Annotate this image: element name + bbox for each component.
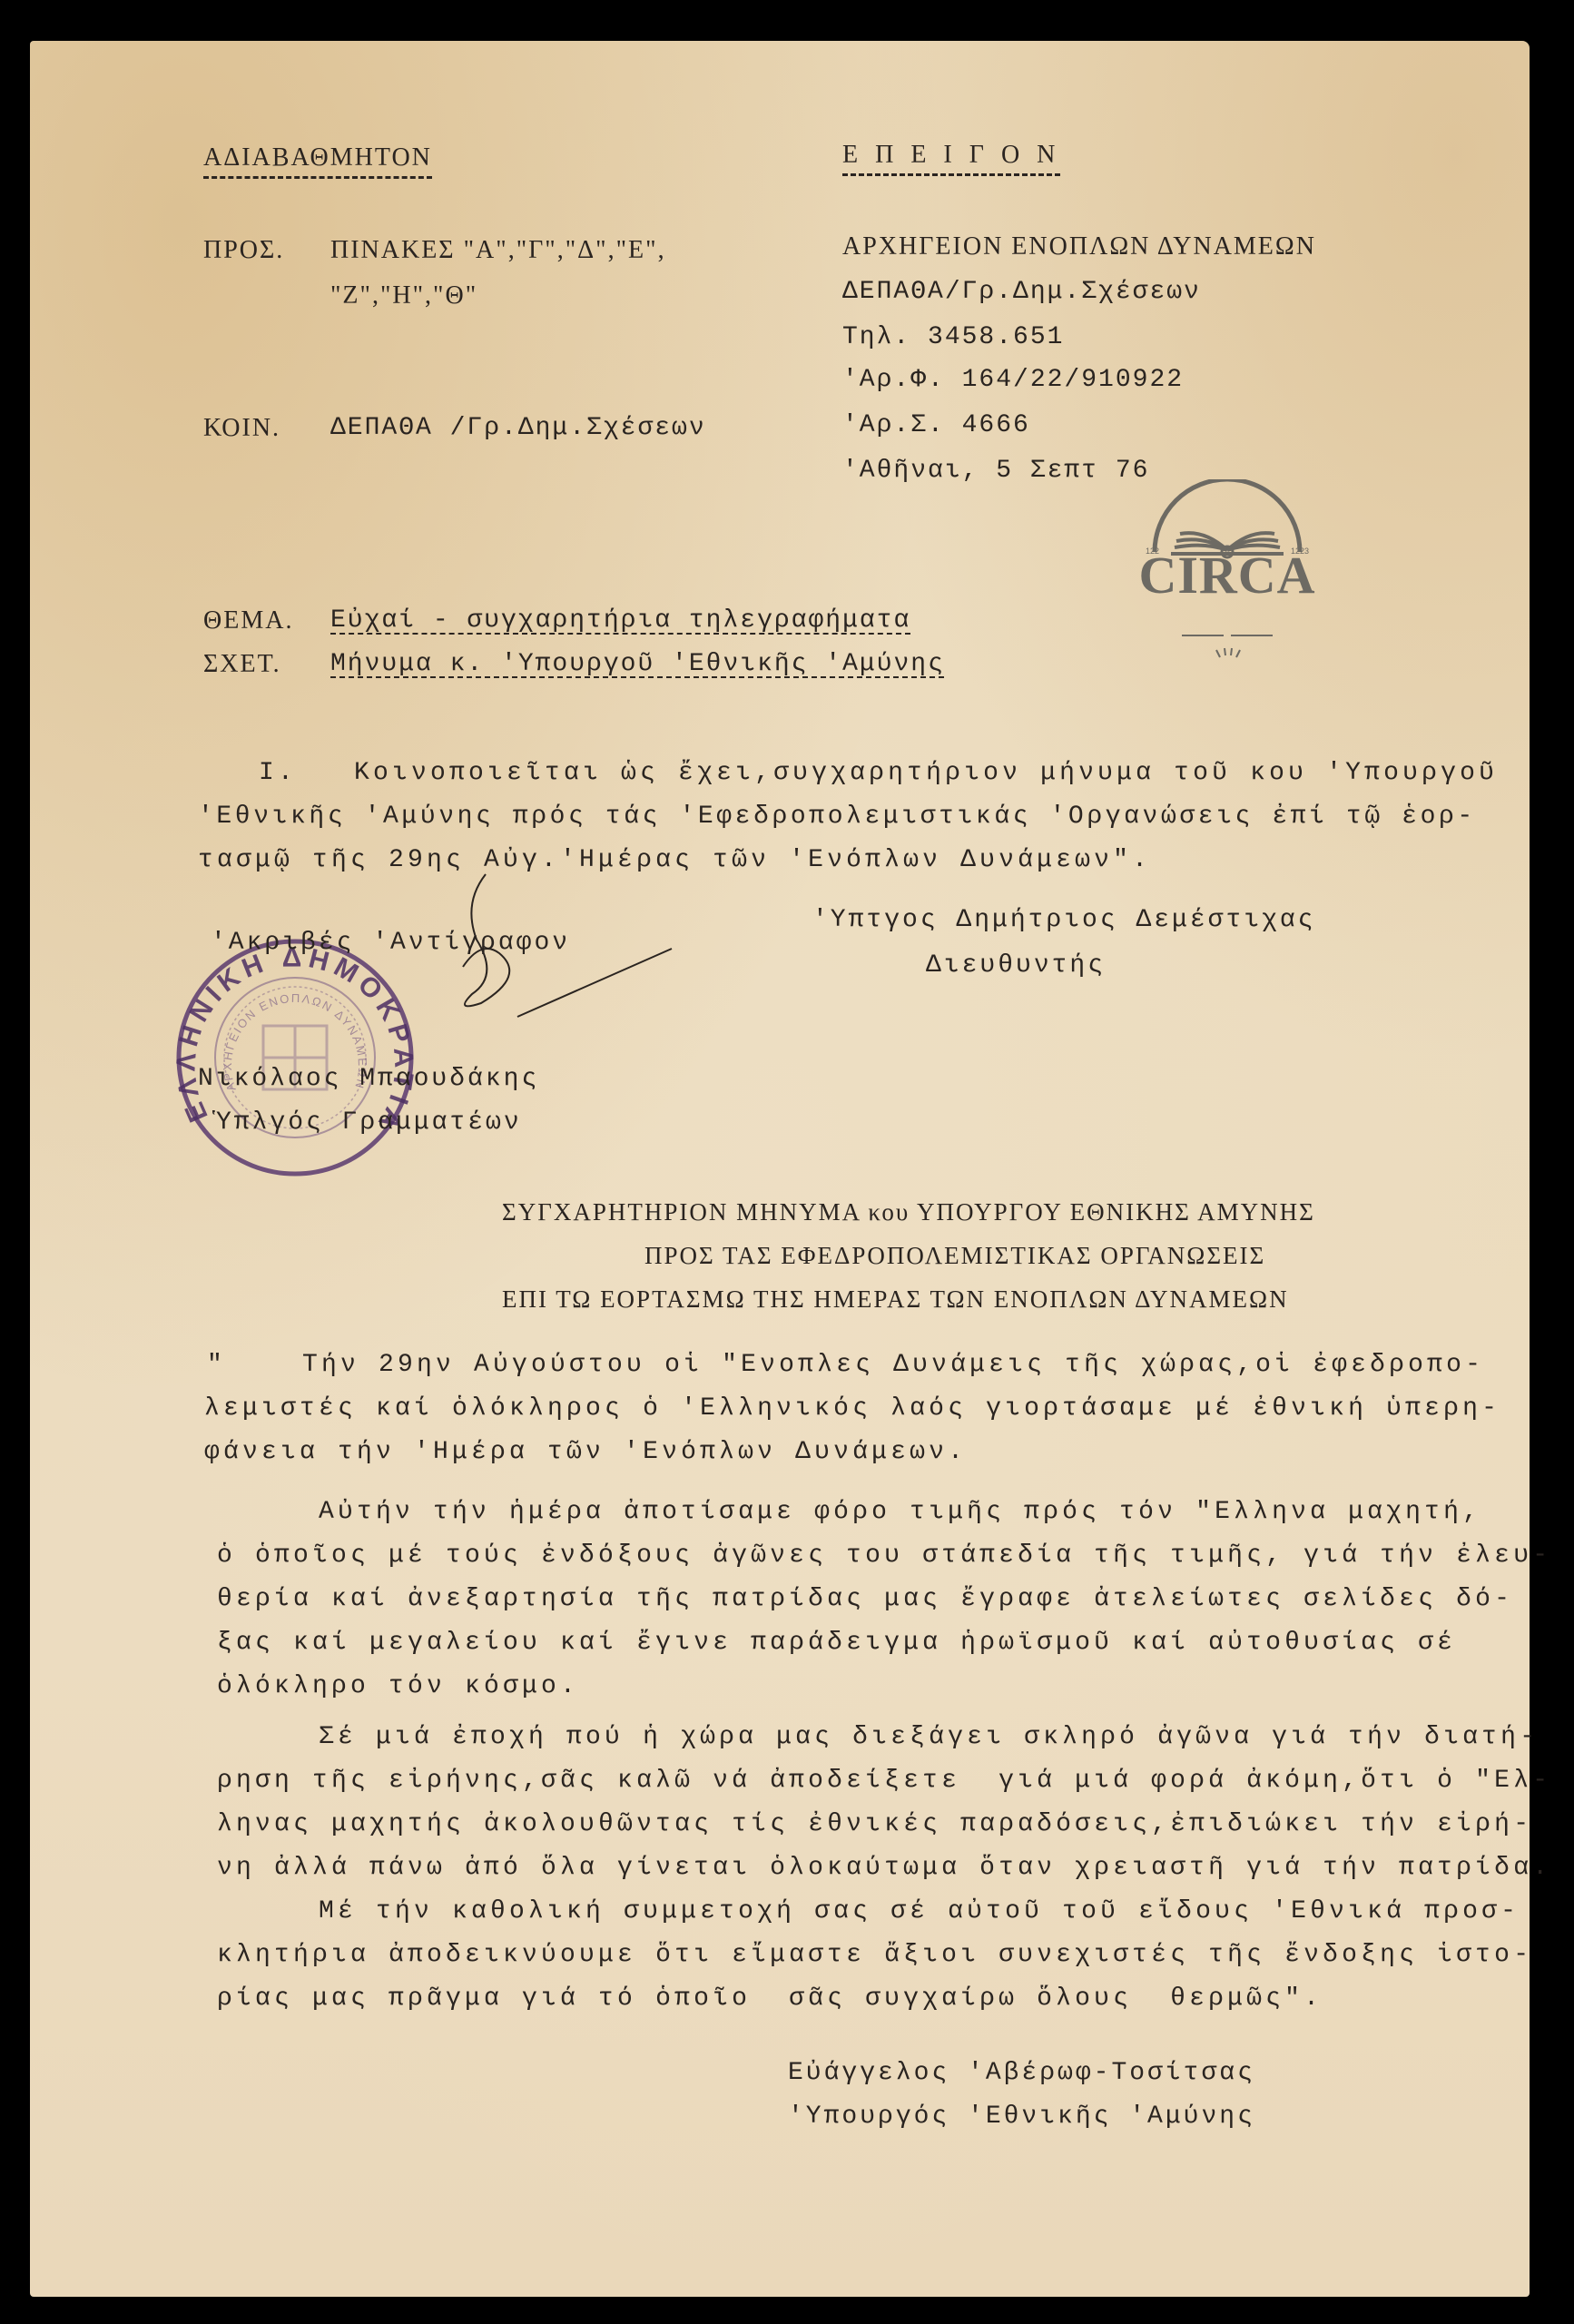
copy-signer-title: Ὑπλγός Γραμματέων	[216, 1110, 522, 1136]
message-line: ὁ ὁποῖος μέ τούς ἐνδόξους ἀγῶνες του στά…	[198, 1543, 1551, 1569]
message-title-line: ΕΠΙ ΤΩ ΕΟΡΤΑΣΜΩ ΤΗΣ ΗΜΕΡΑΣ ΤΩΝ ΕΝΟΠΛΩΝ Δ…	[502, 1287, 1289, 1312]
circa-watermark-logo: 122 1223 CIRCA	[1118, 479, 1336, 661]
subject-value: Εὐχαί - συγχαρητήρια τηλεγραφήματα	[330, 608, 910, 634]
message-line: ξας καί μεγαλείου καί ἔγινε παράδειγμα ἡ…	[198, 1630, 1456, 1656]
message-line: κλητήρια ἀποδεικνύουμε ὅτι εἴμαστε ἄξιοι…	[198, 1943, 1532, 1968]
reference-value: Μήνυμα κ. 'Υπουργοῦ 'Εθνικῆς 'Αμύνης	[330, 652, 945, 677]
message-line: ρίας μας πρᾶγμα γιά τό ὁποῖο σᾶς συγχαίρ…	[198, 1986, 1323, 2012]
minister-name: Εὐάγγελος 'Αβέρωφ-Τοσίτσας	[788, 2061, 1255, 2086]
copy-certification-label: 'Ακριβές 'Αντίγραφον	[211, 931, 570, 956]
classification-label: ΑΔΙΑΒΑΘΜΗΤΟΝ	[203, 145, 432, 179]
sender-file-number: 'Αρ.Φ. 164/22/910922	[842, 368, 1184, 393]
message-title-line: ΣΥΓΧΑΡΗΤΗΡΙΟΝ ΜΗΝΥΜΑ κου ΥΠΟΥΡΓΟΥ ΕΘΝΙΚΗ…	[502, 1200, 1315, 1225]
message-line: Σέ μιά ἐποχή πού ἡ χώρα μας διεξάγει σκλ…	[204, 1725, 1539, 1750]
subject-label: ΘΕΜΑ.	[203, 608, 293, 634]
minister-title: 'Υπουργός 'Εθνικῆς 'Αμύνης	[788, 2104, 1255, 2130]
cc-value: ΔΕΠΑΘΑ /Γρ.Δημ.Σχέσεων	[330, 416, 706, 441]
message-line: ρηση τῆς εἰρήνης,σᾶς καλῶ νά ἀποδείξετε …	[198, 1768, 1551, 1794]
cc-label: ΚΟΙΝ.	[203, 416, 280, 441]
paragraph1-line: 'Εθνικῆς 'Αμύνης πρός τάς 'Εφεδροπολεμισ…	[198, 804, 1476, 830]
message-line: Αὐτήν τήν ἡμέρα ἀποτίσαμε φόρο τιμῆς πρό…	[204, 1500, 1481, 1525]
sender-place-date: 'Αθῆναι, 5 Σεπτ 76	[842, 458, 1149, 484]
message-title-line: ΠΡΟΣ ΤΑΣ ΕΦΕΔΡΟΠΟΛΕΜΙΣΤΙΚΑΣ ΟΡΓΑΝΩΣΕΙΣ	[644, 1244, 1265, 1268]
copy-signer-name: Νικόλαος Μπαουδάκης	[198, 1067, 539, 1092]
official-stamp: ΕΛΛΗΝΙΚΗ ΔΗΜΟΚΡΑΤΙΑ ΑΡΧΗΓΕΙΟΝ ΕΝΟΠΛΩΝ ΔΥ…	[172, 935, 418, 1180]
sender-dept: ΔΕΠΑΘΑ/Γρ.Δημ.Σχέσεων	[842, 280, 1201, 305]
to-line-1: ΠΙΝΑΚΕΣ "Α","Γ","Δ","Ε",	[330, 238, 666, 263]
message-line: Μέ τήν καθολική συμμετοχή σας σέ αὐτοῦ τ…	[204, 1899, 1520, 1925]
message-line: " Τήν 29ην Αὐγούστου οἱ "Ενοπλες Δυνάμει…	[207, 1353, 1484, 1378]
message-line: ὁλόκληρο τόν κόσμο.	[198, 1674, 579, 1699]
to-label: ΠΡΟΣ.	[203, 238, 284, 263]
sender-phone: Τηλ. 3458.651	[842, 325, 1064, 350]
sender-ref-number: 'Αρ.Σ. 4666	[842, 413, 1030, 438]
message-line: λεμιστές καί ὁλόκληρος ὁ 'Ελληνικός λαός…	[204, 1396, 1500, 1422]
priority-label: Ε Π Ε Ι Γ Ο Ν	[842, 143, 1060, 176]
circa-brand-text: CIRCA	[1118, 545, 1336, 606]
message-line: νη ἀλλά πάνω ἀπό ὅλα γίνεται ὁλοκαύτωμα …	[198, 1856, 1551, 1881]
to-line-2: "Ζ","Η","Θ"	[330, 283, 477, 309]
message-line: φάνεια τήν 'Ημέρα τῶν 'Ενόπλων Δυνάμεων.	[204, 1440, 967, 1465]
message-line: θερία καί ἀνεξαρτησία τῆς πατρίδας μας ἔ…	[198, 1587, 1513, 1612]
director-title: Διευθυντής	[926, 953, 1106, 979]
director-name: 'Υπτγος Δημήτριος Δεμέστιχας	[812, 908, 1315, 933]
reference-label: ΣΧΕΤ.	[203, 652, 281, 677]
sender-org: ΑΡΧΗΓΕΙΟΝ ΕΝΟΠΛΩΝ ΔΥΝΑΜΕΩΝ	[842, 234, 1316, 260]
paragraph1-line: Ι. Κοινοποιεῖται ὡς ἔχει,συγχαρητήριον μ…	[259, 761, 1498, 786]
message-line: ληνας μαχητής ἀκολουθῶντας τίς ἐθνικές π…	[198, 1812, 1532, 1837]
